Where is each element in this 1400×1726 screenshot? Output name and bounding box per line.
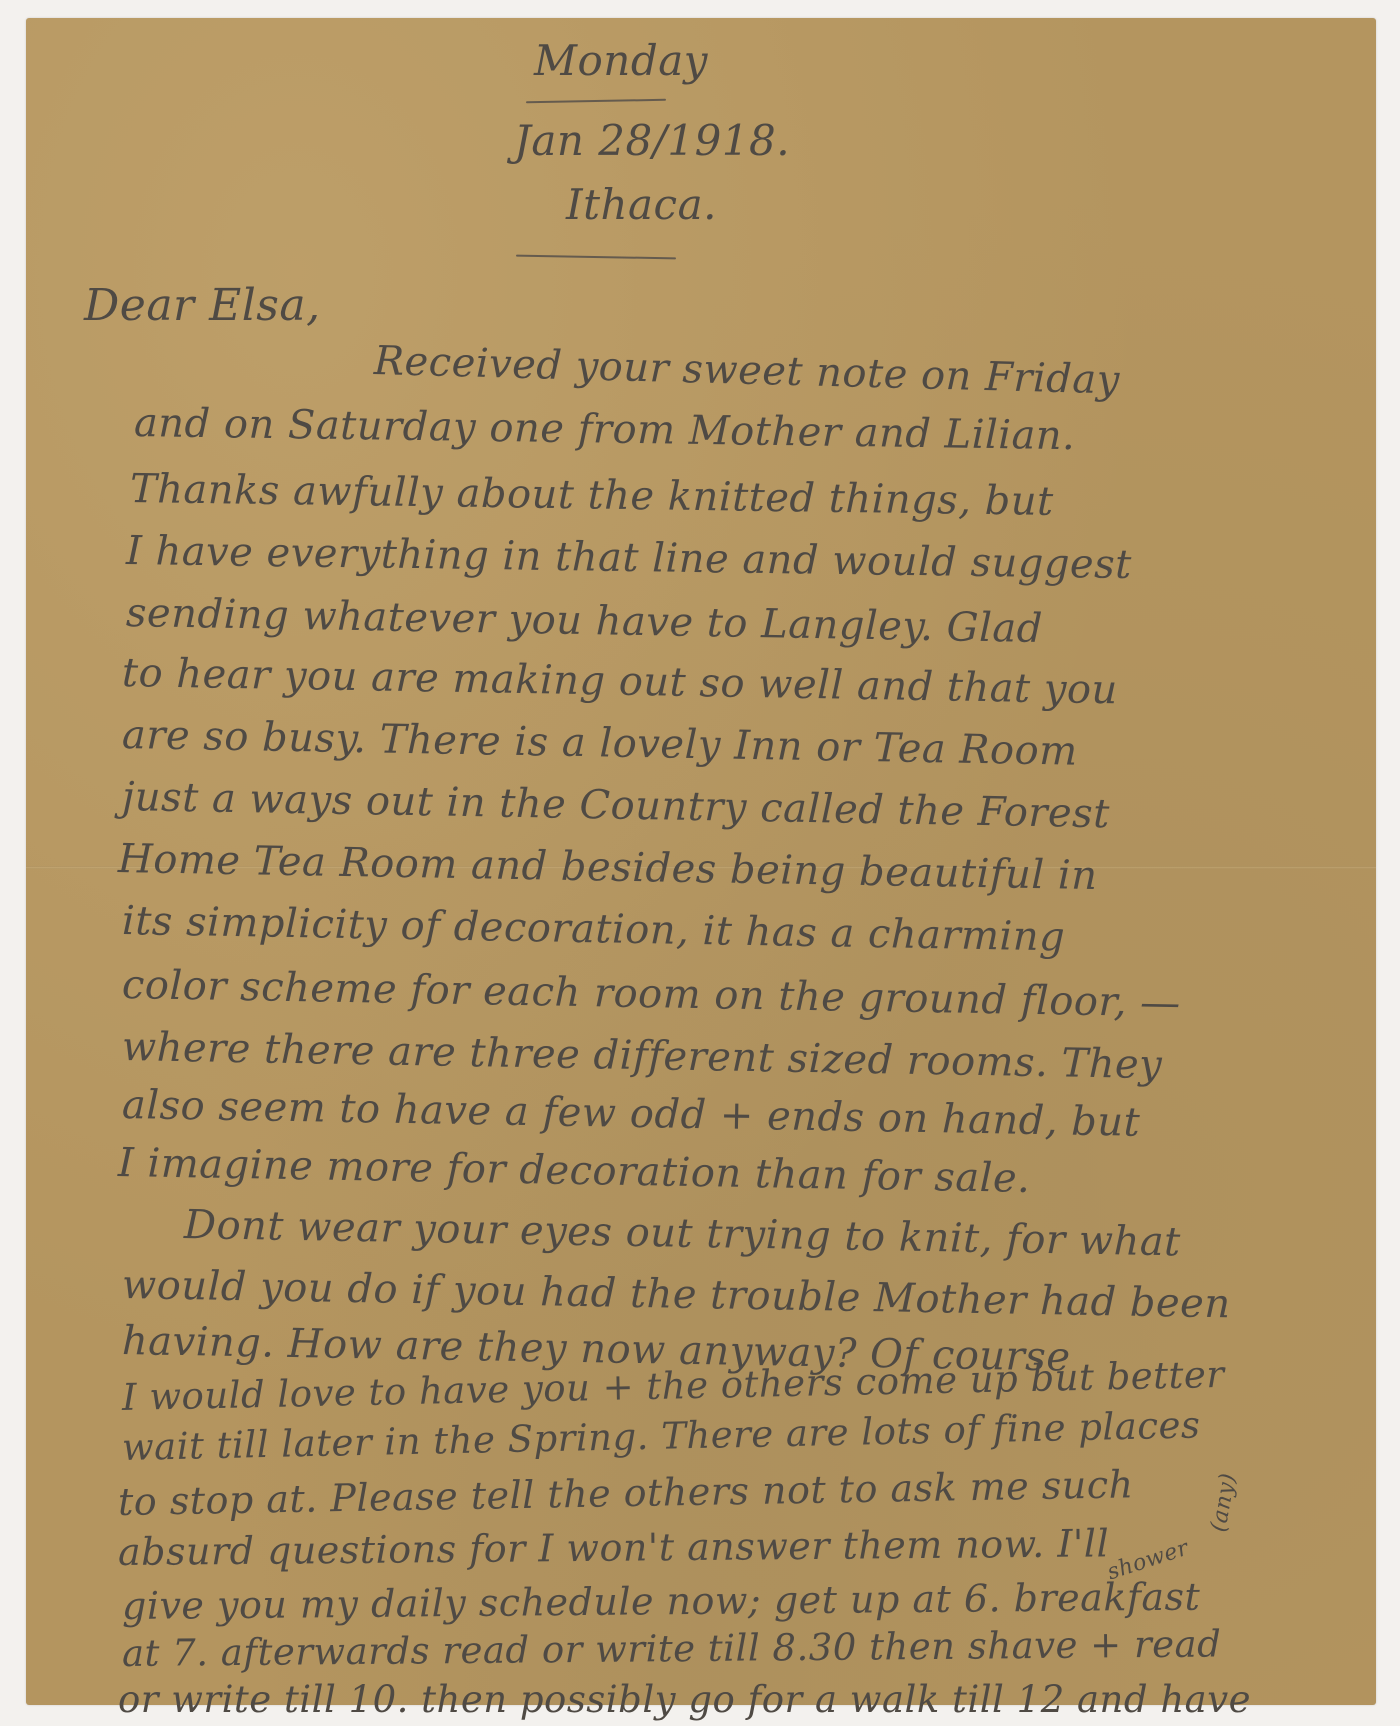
letter-place: Ithaca. [566, 180, 717, 229]
letter-line: color scheme for each room on the ground… [122, 962, 1181, 1026]
salutation: Dear Elsa, [84, 280, 321, 331]
letter-day: Monday [534, 36, 708, 85]
letter-line: also seem to have a few odd + ends on ha… [122, 1082, 1141, 1146]
letter-line: just a ways out in the Country called th… [122, 774, 1111, 837]
letter-line: I imagine more for decoration than for s… [118, 1140, 1031, 1202]
letter-line: Home Tea Room and besides being beautifu… [118, 836, 1098, 899]
day-underline [526, 99, 666, 103]
letter-line: would you do if you had the trouble Moth… [122, 1262, 1231, 1327]
letter-line: its simplicity of decoration, it has a c… [122, 898, 1066, 960]
letter-date: Jan 28/1918. [514, 116, 790, 165]
letter-line: to stop at. Please tell the others not t… [118, 1462, 1134, 1524]
letter-page: Monday Jan 28/1918. Ithaca. Dear Elsa, R… [26, 18, 1376, 1705]
letter-line: are so busy. There is a lovely Inn or Te… [122, 712, 1078, 775]
header-rule [516, 255, 676, 260]
letter-line: to hear you are making out so well and t… [122, 650, 1119, 713]
letter-line: or write till 10. then possibly go for a… [118, 1678, 1251, 1721]
letter-line: and on Saturday one from Mother and Lili… [134, 400, 1076, 459]
letter-line: Dont wear your eyes out trying to knit, … [184, 1202, 1182, 1265]
letter-line: at 7. afterwards read or write till 8.30… [122, 1622, 1222, 1675]
insertion-any: (any) [1206, 1471, 1241, 1534]
letter-line: I have everything in that line and would… [126, 528, 1132, 588]
letter-line: Thanks awfully about the knitted things,… [130, 466, 1054, 525]
letter-line: sending whatever you have to Langley. Gl… [126, 590, 1044, 652]
letter-line: where there are three different sized ro… [122, 1024, 1163, 1088]
letter-line: give you my daily schedule now; get up a… [122, 1575, 1201, 1628]
letter-line: Received your sweet note on Friday [373, 338, 1120, 404]
letter-line: absurd questions for I won't answer them… [118, 1521, 1110, 1574]
